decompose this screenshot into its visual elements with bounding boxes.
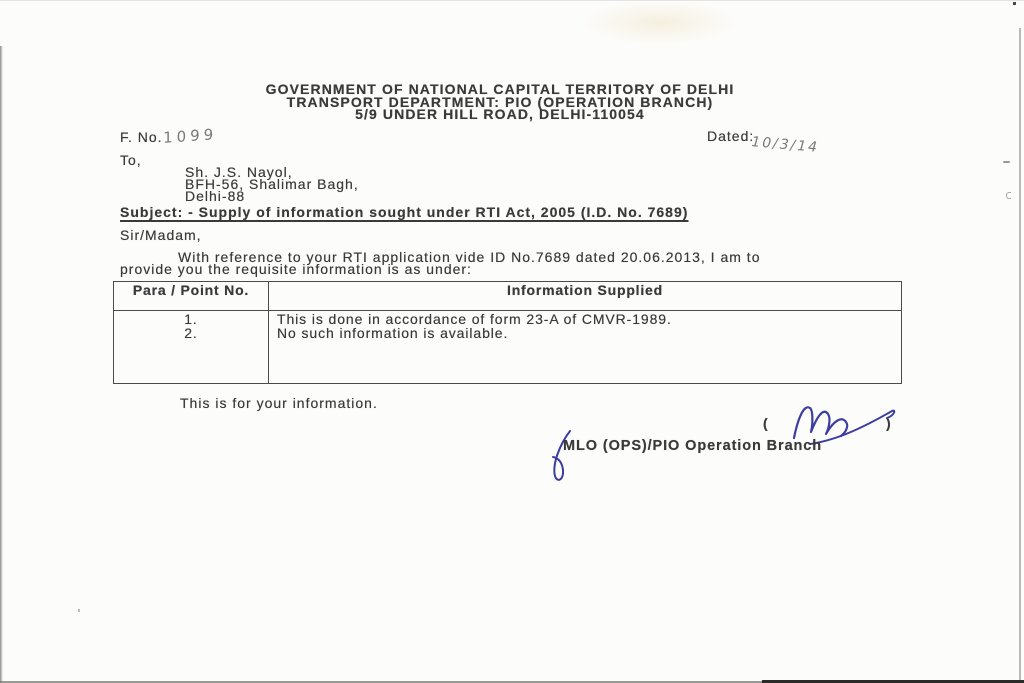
dated-label: Dated: (707, 130, 754, 143)
subject-line: Subject: - Supply of information sought … (120, 206, 688, 219)
table-header-info-supplied: Information Supplied (269, 282, 901, 311)
file-number-handwritten: 1099 (163, 125, 217, 147)
scan-speck (1003, 161, 1010, 163)
signature-paren-open: ( (763, 417, 769, 430)
table-header-para-no: Para / Point No. (114, 282, 269, 311)
recipient-line: Delhi-88 (185, 190, 359, 203)
scan-speck (1013, 2, 1016, 5)
scan-edge-left (0, 46, 3, 683)
table-cell-row2-no: 2. (114, 327, 268, 341)
signature-designation: MLO (OPS)/PIO Operation Branch (563, 440, 822, 453)
scan-speck (78, 609, 80, 612)
file-number-label: F. No. (120, 131, 163, 144)
closing-line: This is for your information. (180, 397, 378, 410)
table-cell-row2-info: No such information is available. (277, 327, 901, 341)
to-label: To, (120, 154, 142, 167)
scan-smudge (580, 0, 740, 45)
info-table: Para / Point No. Information Supplied 1.… (113, 281, 902, 384)
dated-handwritten: 10/3/14 (749, 134, 821, 156)
table-col-para-numbers: 1. 2. (114, 311, 269, 383)
scanned-letter-page: GOVERNMENT OF NATIONAL CAPITAL TERRITORY… (0, 0, 1024, 683)
scan-edge-top (0, 0, 1024, 1)
scan-edge-right (1019, 28, 1021, 683)
letterhead-line-3: 5/9 UNDER HILL ROAD, DELHI-110054 (0, 108, 1000, 121)
signature-ink-flourish (548, 428, 576, 484)
body-paragraph-line: provide you the requisite information is… (120, 263, 472, 276)
scan-speck (1006, 192, 1011, 199)
table-col-information: This is done in accordance of form 23-A … (269, 311, 901, 383)
salutation: Sir/Madam, (120, 229, 202, 242)
recipient-address: Sh. J.S. Nayol, BFH-56, Shalimar Bagh, D… (185, 166, 359, 203)
letterhead: GOVERNMENT OF NATIONAL CAPITAL TERRITORY… (0, 83, 1000, 121)
